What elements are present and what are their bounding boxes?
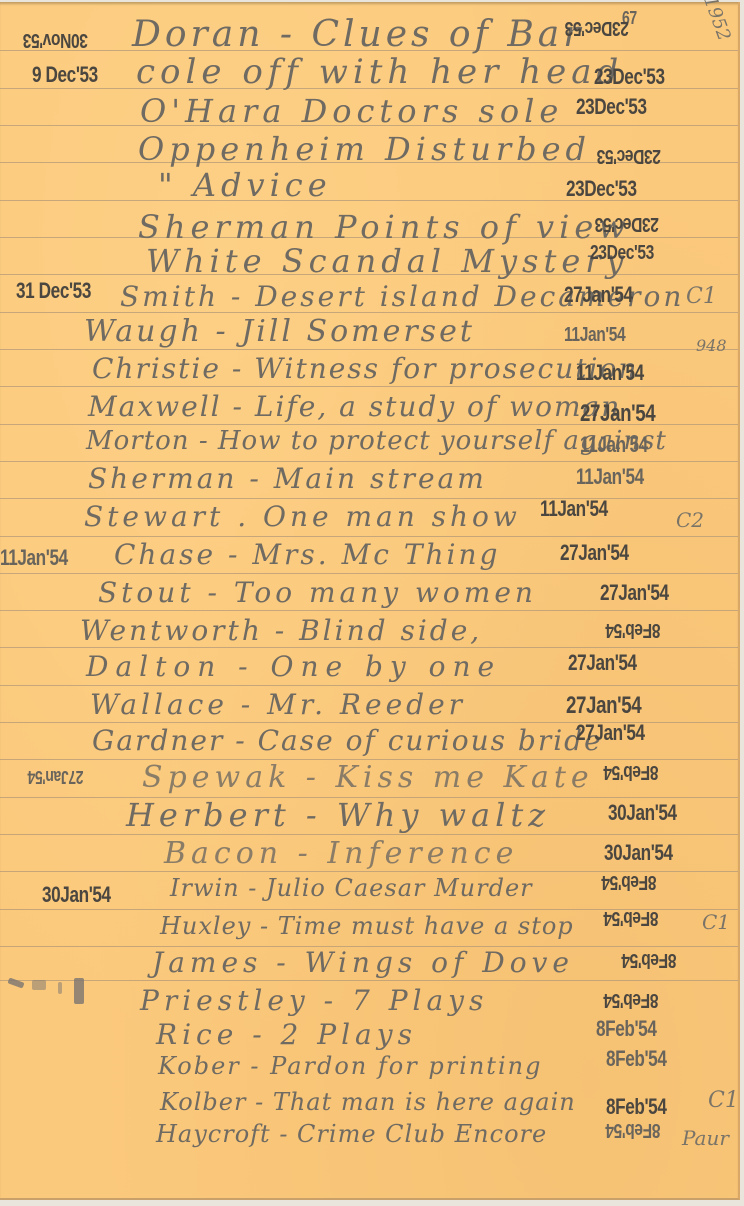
entry-line: Kolber - That man is here again	[160, 1088, 576, 1116]
entry-line: Dalton - One by one	[86, 650, 501, 683]
margin-note: C1	[702, 910, 730, 934]
date-stamp: 8Feb'54	[604, 906, 659, 929]
date-stamp: 8Feb'54	[604, 988, 659, 1011]
margin-note: C2	[676, 508, 704, 532]
left-stamp: 30Jan'54	[42, 882, 111, 908]
ink-smudge	[58, 982, 62, 994]
entry-line: White Scandal Mystery	[146, 242, 629, 280]
ruled-line	[0, 980, 738, 981]
ruled-line	[0, 610, 738, 611]
date-stamp: 27Jan'54	[564, 282, 633, 308]
date-stamp: 23Dec'53	[576, 94, 647, 120]
entry-line: Huxley - Time must have a stop	[160, 912, 574, 940]
date-stamp: 8Feb'54	[606, 618, 661, 641]
entry-line: Doran - Clues of Bar	[132, 14, 584, 55]
ink-smudge	[32, 980, 46, 990]
entry-line: Gardner - Case of curious bride	[92, 724, 603, 757]
left-stamp: 31 Dec'53	[16, 278, 91, 304]
date-stamp: 30Jan'54	[608, 800, 677, 826]
date-stamp: 8Feb'54	[606, 1118, 661, 1141]
date-stamp: 23Dec'53	[590, 242, 654, 265]
entry-line: Chase - Mrs. Mc Thing	[114, 538, 500, 571]
date-stamp: 27Jan'54	[580, 400, 655, 428]
ruled-line	[0, 386, 738, 387]
date-stamp: 8Feb'54	[606, 1046, 666, 1072]
left-stamp: 27Jan'54	[28, 766, 84, 787]
date-stamp: 23Dec'53	[566, 176, 637, 202]
date-stamp: 23Dec'53	[594, 64, 665, 90]
margin-note: C1	[686, 284, 717, 309]
entry-line: Wallace - Mr. Reeder	[90, 688, 466, 721]
index-card: 30Nov'53 9 Dec'53 31 Dec'53 11Jan'54 27J…	[0, 2, 740, 1200]
entry-line: Wentworth - Blind side,	[80, 614, 482, 647]
date-stamp: 27Jan'54	[566, 692, 641, 720]
entry-line: Rice - 2 Plays	[156, 1018, 417, 1051]
date-stamp: 11Jan'54	[576, 360, 644, 386]
margin-note: C1	[708, 1088, 739, 1113]
entry-line: O'Hara Doctors sole	[140, 92, 563, 130]
entry-line: James - Wings of Dove	[152, 946, 574, 979]
left-stamp: 11Jan'54	[0, 545, 68, 571]
entry-line: Christie - Witness for prosecution	[92, 352, 638, 385]
date-stamp: 23Dec'53	[597, 144, 661, 167]
date-stamp: 11Jan'54	[540, 496, 608, 522]
date-stamp: 11Jan'54	[580, 432, 648, 458]
entry-line: " Advice	[158, 166, 332, 204]
margin-note: Paur	[682, 1126, 729, 1150]
date-stamp: 23Dec'53	[595, 212, 659, 235]
entry-line: Oppenheim Disturbed	[138, 130, 591, 168]
entry-line: Sherman Points of view	[138, 208, 631, 246]
date-stamp: 8Feb'54	[596, 1016, 656, 1042]
date-stamp: 11Jan'54	[576, 464, 644, 490]
margin-note: 948	[696, 336, 727, 355]
date-stamp: 8Feb'54	[604, 760, 659, 783]
entry-line: cole off with her head	[136, 52, 623, 92]
entry-line: Stewart . One man show	[84, 500, 521, 533]
date-stamp: 8Feb'54	[622, 948, 677, 971]
entry-line: Haycroft - Crime Club Encore	[156, 1120, 547, 1148]
entry-line: Waugh - Jill Somerset	[84, 314, 475, 349]
date-stamp: 8Feb'54	[602, 870, 657, 893]
entry-line: Kober - Pardon for printing	[158, 1052, 542, 1080]
entry-line: Herbert - Why waltz	[126, 796, 550, 834]
left-stamp: 9 Dec'53	[32, 62, 98, 88]
date-stamp: 27Jan'54	[576, 720, 645, 746]
date-stamp: 23Dec'53	[565, 16, 629, 39]
ruled-line	[0, 536, 738, 537]
ruled-line	[0, 685, 738, 686]
entry-line: Spewak - Kiss me Kate	[142, 760, 594, 795]
entry-line: Maxwell - Life, a study of woman	[88, 390, 621, 423]
entry-line: Stout - Too many women	[98, 576, 537, 609]
date-stamp: 27Jan'54	[560, 540, 629, 566]
date-stamp: 27Jan'54	[600, 580, 669, 606]
left-stamp: 30Nov'53	[23, 28, 88, 51]
ruled-line	[0, 834, 738, 835]
ruled-line	[0, 647, 738, 648]
ruled-line	[0, 349, 738, 350]
date-stamp: 27Jan'54	[568, 650, 637, 676]
ink-smudge	[74, 978, 84, 1004]
ruled-line	[0, 498, 738, 499]
ruled-line	[0, 573, 738, 574]
margin-note-year: 1952	[699, 0, 734, 44]
date-stamp: 30Jan'54	[604, 840, 673, 866]
entry-line: Priestley - 7 Plays	[140, 984, 488, 1017]
entry-line: Bacon - Inference	[164, 836, 518, 871]
entry-line: Irwin - Julio Caesar Murder	[170, 874, 533, 902]
date-stamp: 8Feb'54	[606, 1094, 666, 1120]
date-stamp: 11Jan'54	[564, 324, 625, 347]
entry-line: Sherman - Main stream	[88, 462, 487, 495]
